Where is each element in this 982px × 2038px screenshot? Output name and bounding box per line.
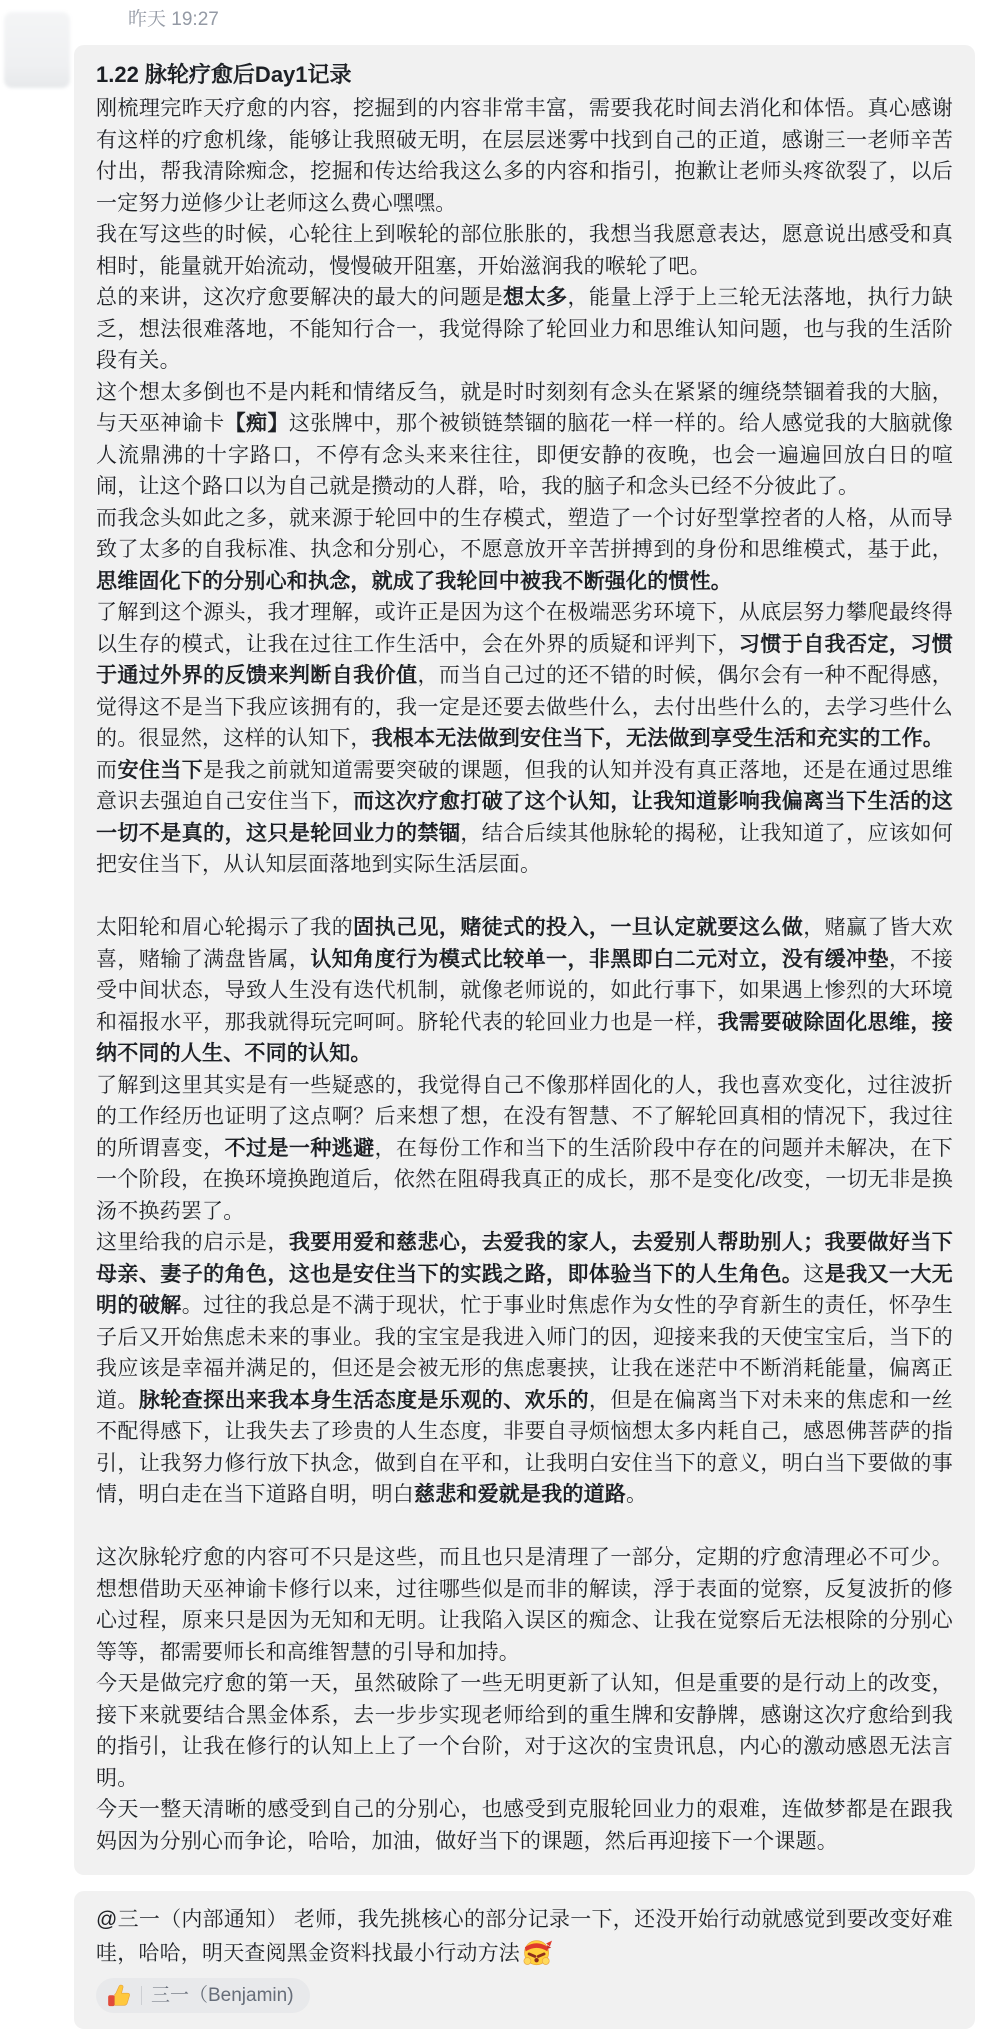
text: 这	[803, 1263, 824, 1286]
text: 这次脉轮疗愈的内容可不只是这些，而且也只是清理了一部分，定期的疗愈清理必不可少。…	[96, 1546, 953, 1664]
thumbs-up-icon	[106, 1983, 132, 2009]
text: 这里给我的启示是，	[96, 1231, 289, 1254]
bold-text: 固执己见，赌徒式的投入，一旦认定就要这么做	[353, 916, 803, 939]
text: 刚梳理完昨天疗愈的内容，挖掘到的内容非常丰富，需要我花时间去消化和体悟。真心感谢…	[96, 97, 953, 215]
message1-body: 刚梳理完昨天疗愈的内容，挖掘到的内容非常丰富，需要我花时间去消化和体悟。真心感谢…	[96, 93, 953, 1857]
paragraph: 今天是做完疗愈的第一天，虽然破除了一些无明更新了认知，但是重要的是行动上的改变，…	[96, 1668, 953, 1794]
text: 太阳轮和眉心轮揭示了我的	[96, 916, 353, 939]
paragraph: 刚梳理完昨天疗愈的内容，挖掘到的内容非常丰富，需要我花时间去消化和体悟。真心感谢…	[96, 93, 953, 219]
paragraph: @三一（内部通知） 老师，我先挑核心的部分记录一下，还没开始行动就感觉到要改变好…	[96, 1904, 953, 1969]
text: 今天是做完疗愈的第一天，虽然破除了一些无明更新了认知，但是重要的是行动上的改变，…	[96, 1672, 953, 1790]
bold-text: 我根本无法做到安住当下，无法做到享受生活和充实的工作。	[372, 727, 944, 750]
message-title: 1.22 脉轮疗愈后Day1记录	[96, 58, 953, 92]
paragraph: 这里给我的启示是，我要用爱和慈悲心，去爱我的家人，去爱别人帮助别人；我要做好当下…	[96, 1227, 953, 1511]
text: 。	[626, 1483, 647, 1506]
blank-line	[96, 881, 953, 913]
message-bubble-mention: @三一（内部通知） 老师，我先挑核心的部分记录一下，还没开始行动就感觉到要改变好…	[74, 1891, 975, 2029]
paragraph: 总的来讲，这次疗愈要解决的最大的问题是想太多，能量上浮于上三轮无法落地，执行力缺…	[96, 282, 953, 377]
reaction-divider	[141, 1986, 142, 2005]
reaction-author-label: 三一（Benjamin)	[151, 1978, 294, 2013]
paragraph: 了解到这里其实是有一些疑惑的，我觉得自己不像那样固化的人，我也喜欢变化，过往波折…	[96, 1070, 953, 1228]
fighting-face-emoji	[522, 1936, 552, 1966]
paragraph: 而安住当下是我之前就知道需要突破的课题，但我的认知并没有真正落地，还是在通过思维…	[96, 755, 953, 881]
text: 今天一整天清晰的感受到自己的分别心，也感受到克服轮回业力的艰难，连做梦都是在跟我…	[96, 1798, 953, 1853]
bold-text: 【痴】	[225, 412, 289, 435]
paragraph: 我在写这些的时候，心轮往上到喉轮的部位胀胀的，我想当我愿意表达，愿意说出感受和真…	[96, 219, 953, 282]
paragraph: 这次脉轮疗愈的内容可不只是这些，而且也只是清理了一部分，定期的疗愈清理必不可少。…	[96, 1542, 953, 1668]
paragraph: 太阳轮和眉心轮揭示了我的固执己见，赌徒式的投入，一旦认定就要这么做，赌赢了皆大欢…	[96, 912, 953, 1070]
reaction-pill[interactable]: 三一（Benjamin)	[96, 1978, 310, 2013]
message2-body: @三一（内部通知） 老师，我先挑核心的部分记录一下，还没开始行动就感觉到要改变好…	[96, 1904, 953, 1969]
bold-text: 思维固化下的分别心和执念，就成了我轮回中被我不断强化的惯性。	[96, 570, 732, 593]
paragraph: 这个想太多倒也不是内耗和情绪反刍，就是时时刻刻有念头在紧紧的缠绕禁锢着我的大脑，…	[96, 377, 953, 503]
bold-text: 安住当下	[117, 759, 203, 782]
bold-text: 想太多	[503, 286, 567, 309]
text: 总的来讲，这次疗愈要解决的最大的问题是	[96, 286, 503, 309]
mention: @三一（内部通知）	[96, 1908, 288, 1931]
text: 而我念头如此之多，就来源于轮回中的生存模式，塑造了一个讨好型掌控者的人格，从而导…	[96, 507, 953, 562]
user-avatar[interactable]	[4, 12, 70, 88]
thumbs-up-emoji	[106, 1983, 132, 2009]
bold-text: 慈悲和爱就是我的道路	[414, 1483, 626, 1506]
message-bubble-day1-record: 1.22 脉轮疗愈后Day1记录 刚梳理完昨天疗愈的内容，挖掘到的内容非常丰富，…	[74, 45, 975, 1875]
blank-line	[96, 1511, 953, 1543]
bold-text: 脉轮查探出来我本身生活态度是乐观的、欢乐的	[139, 1389, 589, 1412]
timestamp: 昨天 19:27	[128, 8, 219, 32]
bold-text: 认知角度行为模式比较单一，非黑即白二元对立，没有缓冲垫	[310, 948, 889, 971]
bold-text: 不过是一种逃避	[225, 1137, 375, 1160]
paragraph: 今天一整天清晰的感受到自己的分别心，也感受到克服轮回业力的艰难，连做梦都是在跟我…	[96, 1794, 953, 1857]
paragraph: 而我念头如此之多，就来源于轮回中的生存模式，塑造了一个讨好型掌控者的人格，从而导…	[96, 503, 953, 598]
text: 而	[96, 759, 117, 782]
paragraph: 了解到这个源头，我才理解，或许正是因为这个在极端恶劣环境下，从底层努力攀爬最终得…	[96, 597, 953, 755]
text: 我在写这些的时候，心轮往上到喉轮的部位胀胀的，我想当我愿意表达，愿意说出感受和真…	[96, 223, 953, 278]
